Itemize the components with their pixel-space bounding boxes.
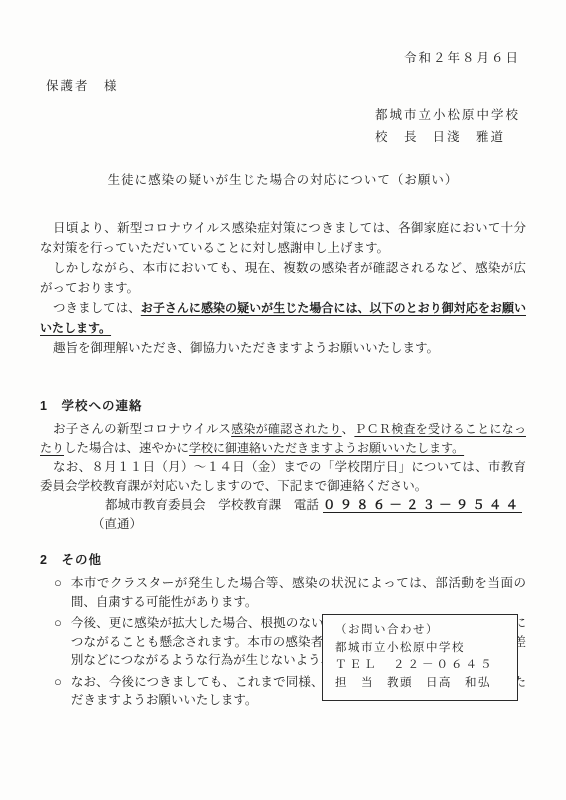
document-title: 生徒に感染の疑いが生じた場合の対応について（お願い）	[0, 170, 566, 190]
text-run: お子さんの新型コロナウイルス	[53, 422, 231, 436]
inquiry-label: （お問い合わせ）	[335, 622, 505, 640]
greeting-block: 日頃より、新型コロナウイルス感染症対策につきましては、各御家庭において十分な対策…	[40, 218, 526, 358]
bullet-text: 本市でクラスターが発生した場合等、感染の状況によっては、部活動を当面の間、自粛す…	[71, 574, 526, 611]
inquiry-school-name: 都城市立小松原中学校	[335, 640, 505, 658]
section-school-contact: 1 学校への連絡 お子さんの新型コロナウイルス感染が確認されたり、ＰＣＲ検査を受…	[40, 396, 526, 534]
section-1-heading: 1 学校への連絡	[40, 396, 526, 416]
scanned-letter-page: 令和２年８月６日 保護者 様 都城市立小松原中学校 校 長 日淺 雅道 生徒に感…	[0, 0, 566, 800]
section-2-heading: 2 その他	[40, 550, 526, 570]
principal-title: 校 長	[375, 126, 419, 148]
text-run: つきましては、	[53, 301, 141, 315]
greeting-paragraph-4: 趣旨を御理解いただき、御協力いただきますようお願いいたします。	[40, 338, 526, 358]
greeting-paragraph-3: つきましては、お子さんに感染の疑いが生じた場合には、以下のとおり御対応をお願いい…	[40, 298, 526, 338]
text-run: 都城市教育委員会 学校教育課 電話	[105, 498, 319, 512]
board-of-education-phone-line: 都城市教育委員会 学校教育課 電話０９８６－２３－９５４４（直通）	[40, 496, 526, 534]
section-1-paragraph-2: なお、８月１１日（月）～１４日（金）までの「学校閉庁日」については、市教育委員会…	[40, 458, 526, 496]
principal-name: 日淺 雅道	[433, 126, 506, 148]
text-run: 、	[342, 422, 355, 436]
inquiry-phone: ＴＥＬ ２２－０６４５	[335, 657, 505, 675]
inquiry-person-in-charge: 担 当 教頭 日高 和弘	[335, 675, 505, 693]
recipient-line: 保護者 様	[0, 76, 566, 96]
sender-block: 都城市立小松原中学校 校 長 日淺 雅道	[375, 104, 520, 148]
list-item: ○ 本市でクラスターが発生した場合等、感染の状況によっては、部活動を当面の間、自…	[54, 574, 526, 611]
circle-bullet-icon: ○	[54, 673, 62, 692]
greeting-paragraph-2: しかしながら、本市においても、現在、複数の感染者が確認されるなど、感染が広がって…	[40, 258, 526, 298]
phone-number: ０９８６－２３－９５４４	[323, 498, 522, 512]
circle-bullet-icon: ○	[54, 574, 62, 593]
sender-school: 都城市立小松原中学校	[375, 104, 520, 126]
section-1-paragraph-1: お子さんの新型コロナウイルス感染が確認されたり、ＰＣＲ検査を受けることになったり…	[40, 420, 526, 458]
text-run: した場合は、速やかに	[64, 441, 189, 455]
circle-bullet-icon: ○	[54, 614, 62, 633]
underlined-contact-school: 学校に御連絡いただきますようお願いいたします。	[189, 441, 464, 455]
underlined-infection-confirmed: 感染が確認されたり	[231, 422, 341, 436]
sender-principal: 校 長 日淺 雅道	[375, 126, 520, 148]
text-run: （直通）	[92, 517, 142, 531]
inquiry-contact-box: （お問い合わせ） 都城市立小松原中学校 ＴＥＬ ２２－０６４５ 担 当 教頭 日…	[322, 614, 518, 701]
document-date: 令和２年８月６日	[0, 48, 566, 68]
greeting-paragraph-1: 日頃より、新型コロナウイルス感染症対策につきましては、各御家庭において十分な対策…	[40, 218, 526, 258]
